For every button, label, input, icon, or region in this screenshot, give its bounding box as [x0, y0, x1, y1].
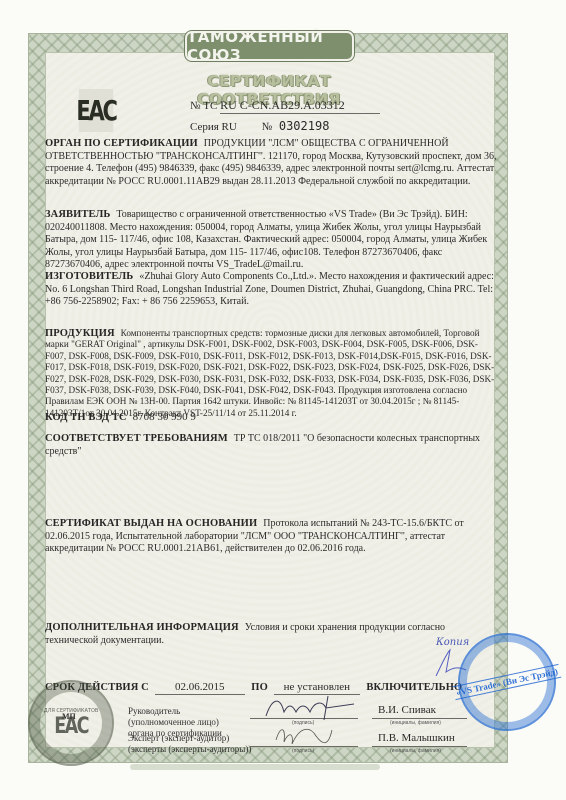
section-product: ПРОДУКЦИЯКомпоненты транспортных средств… — [45, 328, 497, 419]
validity-inclusive-label: ВКЛЮЧИТЕЛЬНО — [366, 682, 462, 693]
section-text: Товарищество с ограниченной ответственно… — [45, 209, 487, 270]
series-number: 0302198 — [279, 119, 330, 133]
expert-name: П.В. Малышкин — [378, 732, 455, 744]
section-manufacturer: ИЗГОТОВИТЕЛЬ«Zhuhai Glory Auto Component… — [45, 271, 497, 309]
expert-name-line — [372, 746, 467, 747]
stamp-company-name: «VS Trade» (Ви Эс Трэйд) — [453, 664, 561, 700]
head-signature — [262, 694, 357, 722]
name-caption: (инициалы, фамилия) — [390, 748, 441, 754]
series-row: Серия RU № 0302198 — [190, 119, 329, 133]
section-conforms: СООТВЕТСТВУЕТ ТРЕБОВАНИЯМТР ТС 018/2011 … — [45, 433, 497, 458]
validity-to-label: ПО — [251, 682, 268, 693]
section-label: ЗАЯВИТЕЛЬ — [45, 209, 110, 220]
section-label: ОРГАН ПО СЕРТИФИКАЦИИ — [45, 138, 198, 149]
series-label: Серия RU — [190, 121, 237, 133]
section-text: Компоненты транспортных средств: тормозн… — [45, 328, 494, 418]
eac-logo: ЕАС — [79, 89, 114, 132]
customs-union-badge: ТАМОЖЕННЫЙ СОЮЗ — [185, 31, 354, 61]
section-label: ПРОДУКЦИЯ — [45, 328, 115, 339]
tc-number-row: № ТС RU C-CN.AB29.A.03312 — [190, 98, 380, 114]
validity-to-date: не установлен — [274, 681, 360, 695]
tc-number-value: RU C-CN.AB29.A.03312 — [220, 98, 380, 114]
section-label: СООТВЕТСТВУЕТ ТРЕБОВАНИЯМ — [45, 433, 228, 444]
section-label: КОД ТН ВЭД ТС — [45, 412, 127, 423]
head-name-line — [372, 718, 467, 719]
expert-label: Эксперт (эксперт-аудитор) (эксперты (экс… — [128, 733, 268, 755]
head-signatory-name: В.И. Спивак — [378, 704, 436, 716]
series-number-label: № — [262, 121, 273, 133]
section-hs-code: КОД ТН ВЭД ТС8708 30 990 9 — [45, 411, 497, 425]
section-basis: СЕРТИФИКАТ ВЫДАН НА ОСНОВАНИИПротокола и… — [45, 518, 497, 556]
validity-row: СРОК ДЕЙСТВИЯ С02.06.2015 ПОне установле… — [45, 681, 497, 695]
section-label: ДОПОЛНИТЕЛЬНАЯ ИНФОРМАЦИЯ — [45, 622, 239, 633]
section-certification-body: ОРГАН ПО СЕРТИФИКАЦИИПРОДУКЦИИ "ЛСМ" ОБЩ… — [45, 138, 497, 188]
section-applicant: ЗАЯВИТЕЛЬТоварищество с ограниченной отв… — [45, 209, 497, 272]
section-label: СЕРТИФИКАТ ВЫДАН НА ОСНОВАНИИ — [45, 518, 257, 529]
printer-imprint-strip — [130, 764, 380, 770]
section-label: ИЗГОТОВИТЕЛЬ — [45, 271, 133, 282]
certification-body-stamp: ДЛЯ СЕРТИФИКАТОВ ЕАС — [28, 680, 114, 766]
expert-signature — [270, 722, 340, 750]
tc-number-label: № ТС — [190, 100, 217, 112]
validity-from-date: 02.06.2015 — [155, 681, 245, 695]
hs-code-value: 8708 30 990 9 — [133, 411, 196, 423]
seal-place-mark: МП — [62, 712, 76, 721]
name-caption: (инициалы, фамилия) — [390, 720, 441, 726]
section-additional-info: ДОПОЛНИТЕЛЬНАЯ ИНФОРМАЦИЯУсловия и сроки… — [45, 622, 497, 647]
